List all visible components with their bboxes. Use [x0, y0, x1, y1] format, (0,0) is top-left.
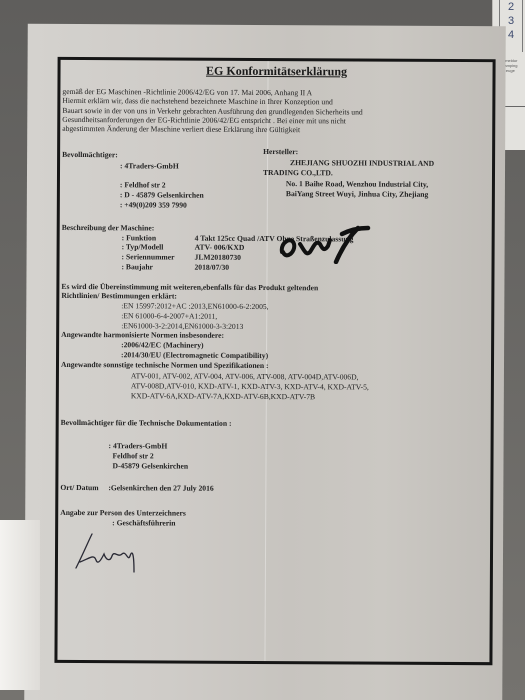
- machine-label: : Typ/Modell: [122, 242, 164, 252]
- intro-paragraph: gemäß der EG Maschinen -Richtlinie 2006/…: [62, 87, 363, 135]
- manufacturer-address-2: BaiYang Street Wuyi, Jinhua City, Zhejia…: [286, 189, 428, 199]
- authorized-rep-heading: Bevollmächtiger:: [62, 150, 118, 160]
- machine-label: : Baujahr: [121, 262, 152, 271]
- manufacturer-name-1: ZHEJIANG SHUOZHI INDUSTRIAL AND: [290, 158, 434, 168]
- tech-doc-street: Feldhof str 2: [112, 451, 153, 461]
- authorized-rep-street: : Feldhof str 2: [120, 180, 166, 190]
- place-date-label: Ort/ Datum: [60, 483, 98, 492]
- handwritten-note-001: [278, 222, 373, 264]
- signer-role: : Geschäftsführerin: [112, 518, 175, 528]
- spec-line: ATV-001, ATV-002, ATV-004, ATV-006, ATV-…: [131, 371, 359, 381]
- manufacturer-name-2: TRADING CO.,LTD.: [263, 168, 333, 178]
- digit: 2: [500, 0, 522, 14]
- manufacturer-heading: Hersteller:: [263, 147, 298, 156]
- signer-heading: Angabe zur Person des Unterzeichners: [60, 508, 186, 518]
- authorized-rep-phone: : +49(0)209 359 7990: [120, 200, 187, 210]
- tech-doc-company: : 4Traders-GmbH: [109, 441, 168, 451]
- light-glare: [0, 520, 40, 690]
- manufacturer-address-1: No. 1 Baihe Road, Wenzhou Industrial Cit…: [286, 179, 428, 189]
- harmonized-item: :2014/30/EU (Electromagnetic Compatibili…: [121, 350, 268, 360]
- spec-line: KXD-ATV-6A,KXD-ATV-7A,KXD-ATV-6B,KXD-ATV…: [131, 391, 315, 401]
- harmonized-heading: Angewandte harmonisierte Normen insbeson…: [61, 330, 224, 340]
- machine-label: : Seriennummer: [122, 252, 175, 262]
- spec-line: ATV-008D,ATV-010, KXD-ATV-1, KXD-ATV-3, …: [131, 381, 369, 392]
- authorized-rep-city: : D - 45879 Gelsenkirchen: [120, 190, 204, 200]
- standard-line: :EN 15997:2012+AC :2013,EN61000-6-2:2005…: [121, 301, 268, 311]
- tech-doc-heading: Bevollmächtiger für die Technische Dokum…: [61, 418, 232, 428]
- intro-line: abgestimmten Änderung der Maschine verli…: [62, 124, 362, 135]
- standard-line: :EN 61000-6-4-2007+A1:2011,: [121, 311, 217, 321]
- tech-doc-city: D-45879 Gelsenkirchen: [112, 461, 188, 471]
- machine-value: 2018/07/30: [194, 263, 229, 272]
- other-specs-heading: Angewandte sonnstige technische Normen u…: [61, 360, 269, 370]
- authorized-rep-company: : 4Traders-GmbH: [120, 161, 179, 171]
- machine-heading: Beschreibung der Maschine:: [62, 223, 155, 233]
- machine-value: JLM20180730: [195, 253, 241, 263]
- document-sheet: EG Konformitätserklärung gemäß der EG Ma…: [24, 24, 506, 700]
- signature: [70, 532, 150, 580]
- place-date-value: :Gelsenkirchen den 27 July 2016: [108, 483, 213, 493]
- harmonized-item: :2006/42/EC (Machinery): [121, 340, 204, 350]
- machine-value: ATV- 006/KXD: [195, 243, 245, 253]
- document-title: EG Konformitätserklärung: [61, 63, 493, 80]
- conformity-line-2: Richtlinien/ Bestimmungen erklärt:: [61, 291, 177, 301]
